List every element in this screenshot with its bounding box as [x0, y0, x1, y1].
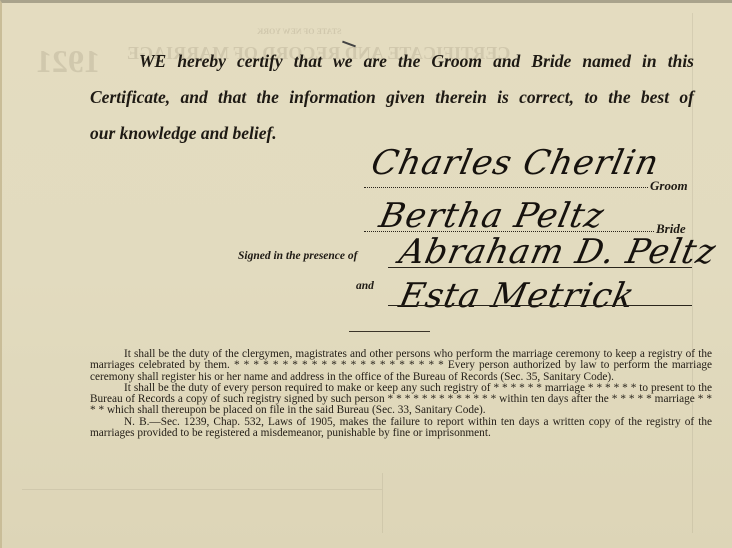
witness-1-line [388, 267, 692, 268]
bride-signature: Bertha Peltz [376, 196, 608, 236]
legal-paragraph-2: It shall be the duty of every person req… [90, 383, 712, 417]
show-through-state: STATE OF NEW YORK [257, 27, 342, 36]
certification-statement: WE hereby certify that we are the Groom … [90, 43, 694, 151]
legal-paragraph-3: N. B.—Sec. 1239, Chap. 532, Laws of 1905… [90, 417, 712, 440]
and-label: and [356, 280, 374, 292]
groom-signature-line [364, 187, 648, 188]
document-page: 1921 CERTIFICATE AND RECORD OF MARRIAGE … [0, 0, 732, 548]
groom-signature: Charles Cherlin [368, 143, 663, 183]
legal-paragraph-1: It shall be the duty of the clergymen, m… [90, 349, 712, 383]
witness-1-signature: Abraham D. Peltz [396, 232, 720, 272]
witness-2-line [388, 305, 692, 306]
groom-label: Groom [650, 178, 688, 194]
show-through-rule [22, 489, 382, 490]
witness-label: Signed in the presence of [238, 250, 357, 262]
show-through-rule [382, 473, 383, 533]
witness-2-signature: Esta Metrick [396, 276, 639, 316]
legal-notice: It shall be the duty of the clergymen, m… [90, 349, 712, 439]
certification-line-1: WE hereby certify that we are the Groom … [90, 43, 694, 79]
divider-rule [349, 331, 430, 332]
certification-line-2: Certificate, and that the information gi… [90, 79, 694, 115]
